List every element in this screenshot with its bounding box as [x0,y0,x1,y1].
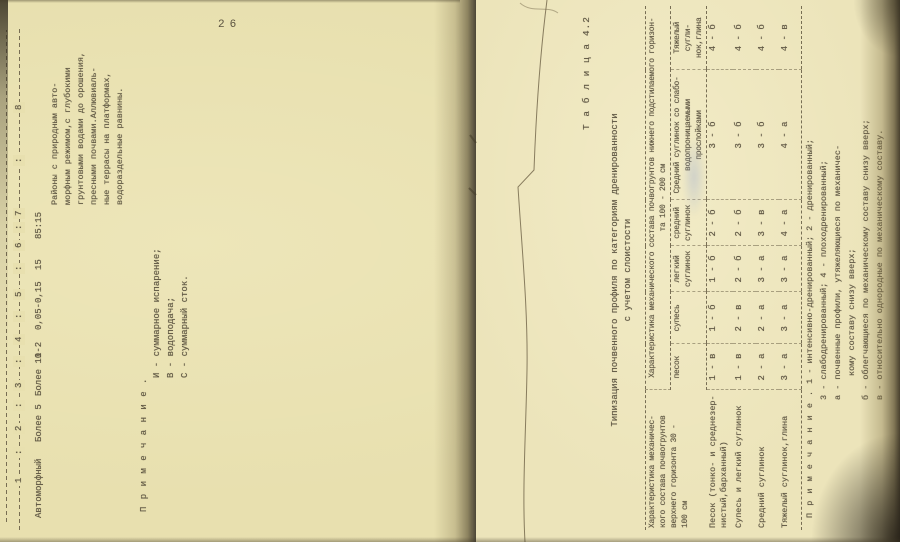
note-label: П р и м е ч а н и е . [138,248,150,512]
cell-value: 3 - а [779,246,802,292]
cell-value: 1 - б [707,246,733,292]
cell-value: 1 - в [733,344,756,390]
note-item: И - суммарное испарение; [150,248,164,378]
cell-value: Более 10 [33,353,45,396]
column-separator: : [13,311,25,322]
cell-value: 3 - б [733,70,756,200]
cell-value: 3 - б [756,70,779,200]
cell-value: 2 - б [733,246,756,292]
column-number: 4 [13,334,25,345]
cell-value: 2 - б [733,200,756,246]
table-row: Тяжелый суглинок,глина 3 - а 3 - а 3 - а… [779,6,802,530]
left-edge-shadow [0,0,8,542]
cell-value: 4 - а [779,70,802,200]
note-line: а - почвенные профили, утяжеляющиеся по … [831,18,845,400]
cell-value: Более 5 [33,404,45,442]
column-header: песок [671,344,707,390]
column-header: легкий суглинок [671,246,707,292]
cell-value: 2 - б [707,200,733,246]
page-edge-notches [469,135,476,195]
column-number: 1 [13,475,25,486]
column-separator: : [13,356,25,367]
row-label: Средний суглинок [756,390,779,530]
cell-value: 2 - а [756,344,779,390]
soil-profile-table: Характеристика механичес- кого состава п… [645,6,802,530]
cell-ratio-value: 85:15 [33,212,45,239]
cell-value: 4 - в [779,6,802,70]
cell-value: 1 - в [707,344,733,390]
column-number: 2 [13,423,25,434]
note-item: В - водоподача; [164,248,178,378]
cell-value: 2 - а [756,292,779,344]
paper-tear-line [520,3,558,13]
cell-value: 15 [33,259,45,270]
column-number: 7 [13,208,25,219]
ink-stain [682,136,706,218]
cell-value: 1 - б [707,292,733,344]
table-title: Типизация почвенного профиля по категори… [609,20,635,520]
cell-value: 1-2 [33,342,45,358]
cell-value: 3 - а [756,246,779,292]
cell-districts-description: Районы с природным авто- морфным режимом… [49,25,127,205]
row-label: Супесь и легкий суглинок [733,390,756,530]
cell-value: 3 - б [707,70,733,200]
column-number: 6 [13,240,25,251]
top-edge-shadow [0,0,460,3]
column-header: Тяжелый сугли- нок,глина [671,6,707,70]
column-group-header: Характеристика механического состава поч… [646,6,671,390]
note-line: кому составу снизу вверх; [845,18,859,376]
table-row: Супесь и легкий суглинок 1 - в 2 - в 2 -… [733,6,756,530]
column-separator: : [13,155,25,166]
cell-value: 2 - в [733,292,756,344]
cell-value: 3 - в [756,200,779,246]
column-number: 3 [13,380,25,391]
page-crack-line [518,0,547,542]
paper-crease-lines [460,0,600,542]
top-right-corner-shadow [854,0,900,56]
bottom-edge-shadow [0,537,900,542]
cell-value: 0,05-0,15 [33,281,45,330]
cell-water-regime: Автоморфный [33,459,45,518]
column-separator: : [13,263,25,274]
column-separator: : [13,222,25,233]
column-number: 8 [13,102,25,113]
row-label: Тяжелый суглинок,глина [779,390,802,530]
column-separator: : [13,400,25,411]
table-row: Средний суглинок 2 - а 2 - а 3 - а 3 - в… [756,6,779,530]
cell-value: 4 - б [733,6,756,70]
left-page-note: П р и м е ч а н и е . И - суммарное испа… [138,248,192,512]
column-header: супесь [671,292,707,344]
bottom-right-corner-shadow [810,432,900,542]
cell-value: 3 - а [779,292,802,344]
column-number: 5 [13,289,25,300]
cell-value: 3 - а [779,344,802,390]
row-group-header: Характеристика механичес- кого состава п… [646,390,707,530]
table-header-row: Характеристика механичес- кого состава п… [646,6,671,530]
cell-value: 4 - а [779,200,802,246]
column-separator: : [13,447,25,458]
table-row: Песок (тонко- и среднезер- нистый,бархан… [707,6,733,530]
left-page-rotated-content: 1 : 2 : 3 : 4 : 5 : 6 : 7 : 8 Автоморфны… [0,0,450,542]
row-label: Песок (тонко- и среднезер- нистый,бархан… [707,390,733,530]
cell-value: 4 - б [707,6,733,70]
note-text: 1 - интенсивно-дренированный; 2 - дренир… [805,139,815,384]
note-item: С - суммарный сток. [178,248,192,378]
note-line: 3 - слабодренированный; 4 - плоходрениро… [817,18,831,400]
cell-value: 4 - б [756,6,779,70]
